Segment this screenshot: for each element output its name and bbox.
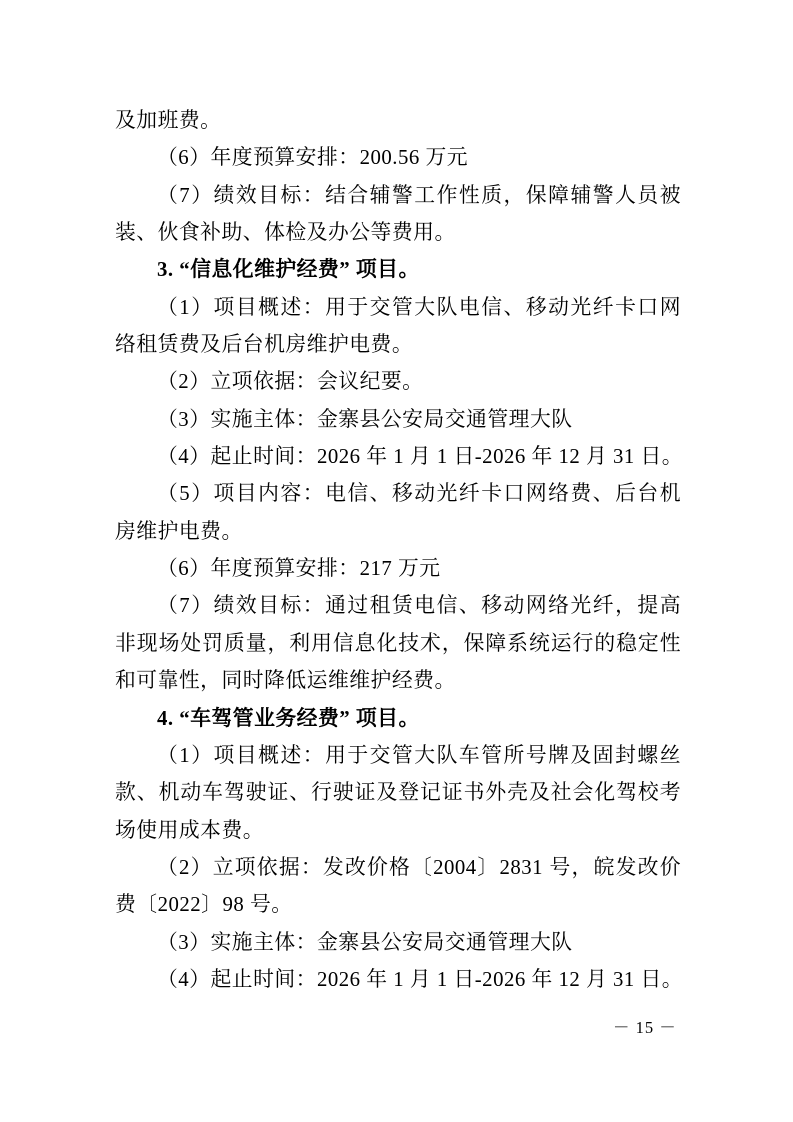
sec3-item5-content-line-2: 房维护电费。: [115, 513, 681, 550]
document-page: 及加班费。 （6）年度预算安排：200.56 万元 （7）绩效目标：结合辅警工作…: [0, 0, 793, 1122]
sec3-item7-goal-line-2: 非现场处罚质量，利用信息化技术，保障系统运行的稳定性: [115, 625, 681, 662]
sec4-item4-time-range-line: （4）起止时间：2026 年 1 月 1 日-2026 年 12 月 31 日。: [115, 961, 681, 998]
paragraph-continuation-overtime-fee: 及加班费。: [115, 102, 681, 139]
sec3-item5-content-line-1: （5）项目内容：电信、移动光纤卡口网络费、后台机: [115, 475, 681, 512]
item7-performance-goal-line-2: 装、伙食补助、体检及办公等费用。: [115, 214, 681, 251]
document-body: 及加班费。 （6）年度预算安排：200.56 万元 （7）绩效目标：结合辅警工作…: [115, 102, 681, 998]
sec3-item7-goal-line-1: （7）绩效目标：通过租赁电信、移动网络光纤，提高: [115, 587, 681, 624]
sec3-item2-basis-line: （2）立项依据：会议纪要。: [115, 363, 681, 400]
sec4-item3-implementer-line: （3）实施主体：金寨县公安局交通管理大队: [115, 924, 681, 961]
sec3-item1-overview-line-1: （1）项目概述：用于交管大队电信、移动光纤卡口网: [115, 289, 681, 326]
sec3-item6-annual-budget-line: （6）年度预算安排：217 万元: [115, 550, 681, 587]
sec4-item2-basis-line-1: （2）立项依据：发改价格〔2004〕2831 号，皖发改价: [115, 849, 681, 886]
page-number: － 15 －: [613, 1018, 677, 1038]
sec4-item1-overview-line-1: （1）项目概述：用于交管大队车管所号牌及固封螺丝: [115, 737, 681, 774]
sec4-item1-overview-line-3: 场使用成本费。: [115, 812, 681, 849]
sec4-item1-overview-line-2: 款、机动车驾驶证、行驶证及登记证书外壳及社会化驾校考: [115, 774, 681, 811]
sec3-item4-time-range-line: （4）起止时间：2026 年 1 月 1 日-2026 年 12 月 31 日。: [115, 438, 681, 475]
section-3-heading-information-maintenance: 3. “信息化维护经费” 项目。: [115, 251, 681, 288]
sec3-item3-implementer-line: （3）实施主体：金寨县公安局交通管理大队: [115, 401, 681, 438]
item6-annual-budget-line: （6）年度预算安排：200.56 万元: [115, 139, 681, 176]
sec3-item1-overview-line-2: 络租赁费及后台机房维护电费。: [115, 326, 681, 363]
sec3-item7-goal-line-3: 和可靠性，同时降低运维维护经费。: [115, 662, 681, 699]
section-4-heading-vehicle-driver-service: 4. “车驾管业务经费” 项目。: [115, 700, 681, 737]
item7-performance-goal-line-1: （7）绩效目标：结合辅警工作性质，保障辅警人员被: [115, 177, 681, 214]
sec4-item2-basis-line-2: 费〔2022〕98 号。: [115, 886, 681, 923]
